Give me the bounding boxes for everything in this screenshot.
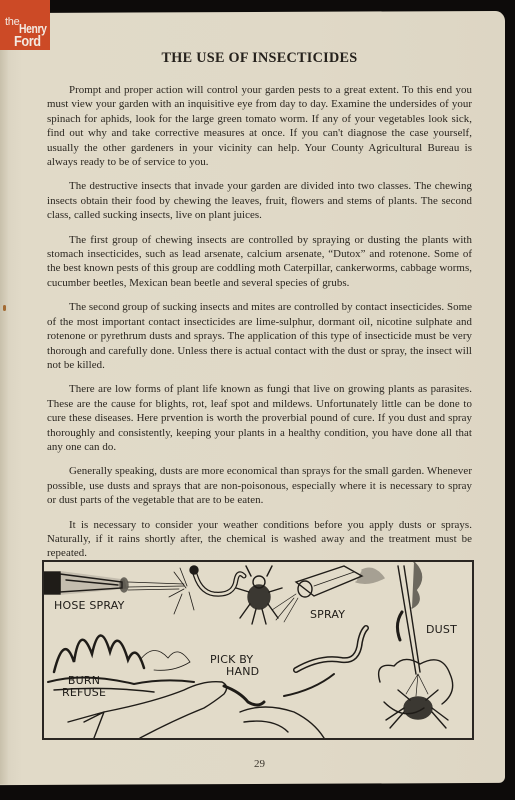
page-gutter [0,12,8,784]
page-title: THE USE OF INSECTICIDES [47,50,472,67]
paragraph: The destructive insects that invade your… [47,179,472,222]
illustration-drawing [44,562,472,738]
logo-ford: Ford [14,33,41,50]
logo-the: the [5,16,19,28]
hand-icon [68,682,324,738]
spider-icon [386,690,448,728]
pest-control-illustration: HOSE SPRAY SPRAY DUST PICK BY HAND BURN … [42,560,474,740]
label-hose-spray: HOSE SPRAY [54,600,125,612]
henry-ford-logo: the Henry Ford [0,0,50,50]
label-pick-by-hand: PICK BY HAND [204,654,259,678]
hose-nozzle-icon [44,572,184,594]
paragraph: The first group of chewing insects are c… [47,233,472,291]
paragraph: Generally speaking, dusts are more econo… [47,464,472,507]
caterpillar-icon-2 [284,628,366,696]
label-spray: SPRAY [310,609,345,621]
duster-icon [379,562,453,714]
label-hand: HAND [204,666,259,678]
paragraph: It is necessary to consider your weather… [47,518,472,561]
paragraph: Prompt and proper action will control yo… [47,83,472,169]
paragraph: The second group of sucking insects and … [47,300,472,372]
caterpillar-icon [190,566,244,594]
label-burn-refuse: BURN REFUSE [62,675,106,699]
page-stain [3,305,6,311]
paragraph: There are low forms of plant life known … [47,382,472,454]
label-refuse: REFUSE [62,687,106,699]
page-number: 29 [254,758,265,770]
label-dust: DUST [426,624,457,636]
page-content: THE USE OF INSECTICIDES Prompt and prope… [47,50,472,571]
